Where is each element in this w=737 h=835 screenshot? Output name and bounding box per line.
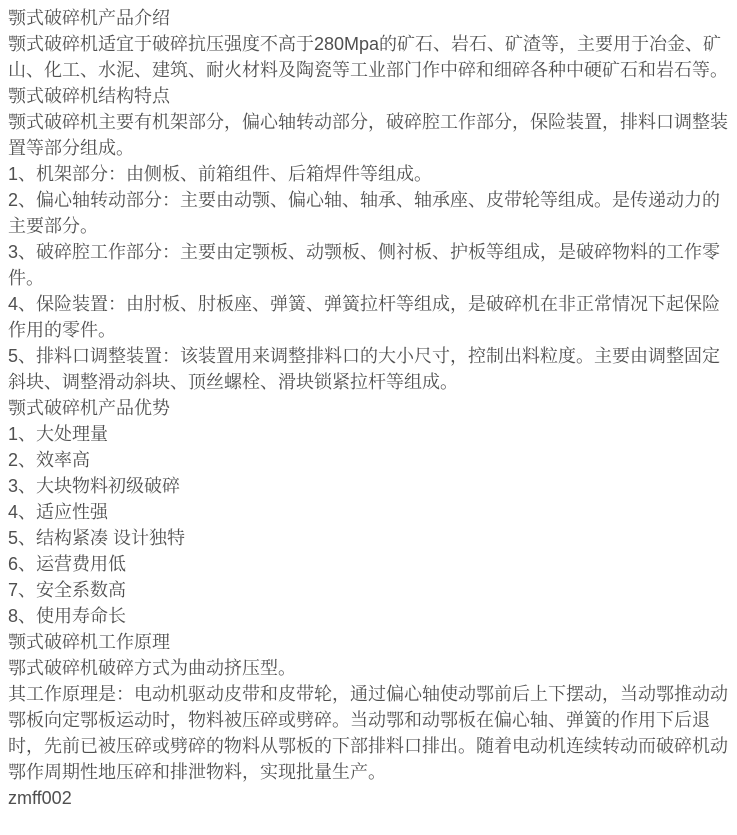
paragraph: 5、结构紧凑 设计独特 <box>8 525 729 551</box>
paragraph: 鄂式破碎机破碎方式为曲动挤压型。 <box>8 655 729 681</box>
paragraph: 颚式破碎机产品介绍 <box>8 5 729 31</box>
paragraph: 2、效率高 <box>8 447 729 473</box>
document-body: 颚式破碎机产品介绍颚式破碎机适宜于破碎抗压强度不高于280Mpa的矿石、岩石、矿… <box>0 0 737 811</box>
paragraph: 7、安全系数高 <box>8 577 729 603</box>
paragraph: 3、大块物料初级破碎 <box>8 473 729 499</box>
product-code: zmff002 <box>8 785 729 811</box>
paragraph: 5、排料口调整装置：该装置用来调整排料口的大小尺寸，控制出料粒度。主要由调整固定… <box>8 343 729 395</box>
paragraph: 6、运营费用低 <box>8 551 729 577</box>
paragraph: 8、使用寿命长 <box>8 603 729 629</box>
paragraph: 颚式破碎机结构特点 <box>8 83 729 109</box>
paragraph: 颚式破碎机主要有机架部分，偏心轴转动部分，破碎腔工作部分，保险装置，排料口调整装… <box>8 109 729 161</box>
paragraph: 颚式破碎机工作原理 <box>8 629 729 655</box>
paragraph: 4、适应性强 <box>8 499 729 525</box>
paragraph: 4、保险装置：由肘板、肘板座、弹簧、弹簧拉杆等组成，是破碎机在非正常情况下起保险… <box>8 291 729 343</box>
paragraph: 2、偏心轴转动部分：主要由动颚、偏心轴、轴承、轴承座、皮带轮等组成。是传递动力的… <box>8 187 729 239</box>
paragraph: 1、大处理量 <box>8 421 729 447</box>
paragraph: 颚式破碎机产品优势 <box>8 395 729 421</box>
paragraph: 1、机架部分：由侧板、前箱组件、后箱焊件等组成。 <box>8 161 729 187</box>
paragraph: 其工作原理是：电动机驱动皮带和皮带轮，通过偏心轴使动鄂前后上下摆动，当动鄂推动动… <box>8 681 729 785</box>
paragraph: 3、破碎腔工作部分：主要由定颚板、动颚板、侧衬板、护板等组成，是破碎物料的工作零… <box>8 239 729 291</box>
paragraph: 颚式破碎机适宜于破碎抗压强度不高于280Mpa的矿石、岩石、矿渣等，主要用于冶金… <box>8 31 729 83</box>
